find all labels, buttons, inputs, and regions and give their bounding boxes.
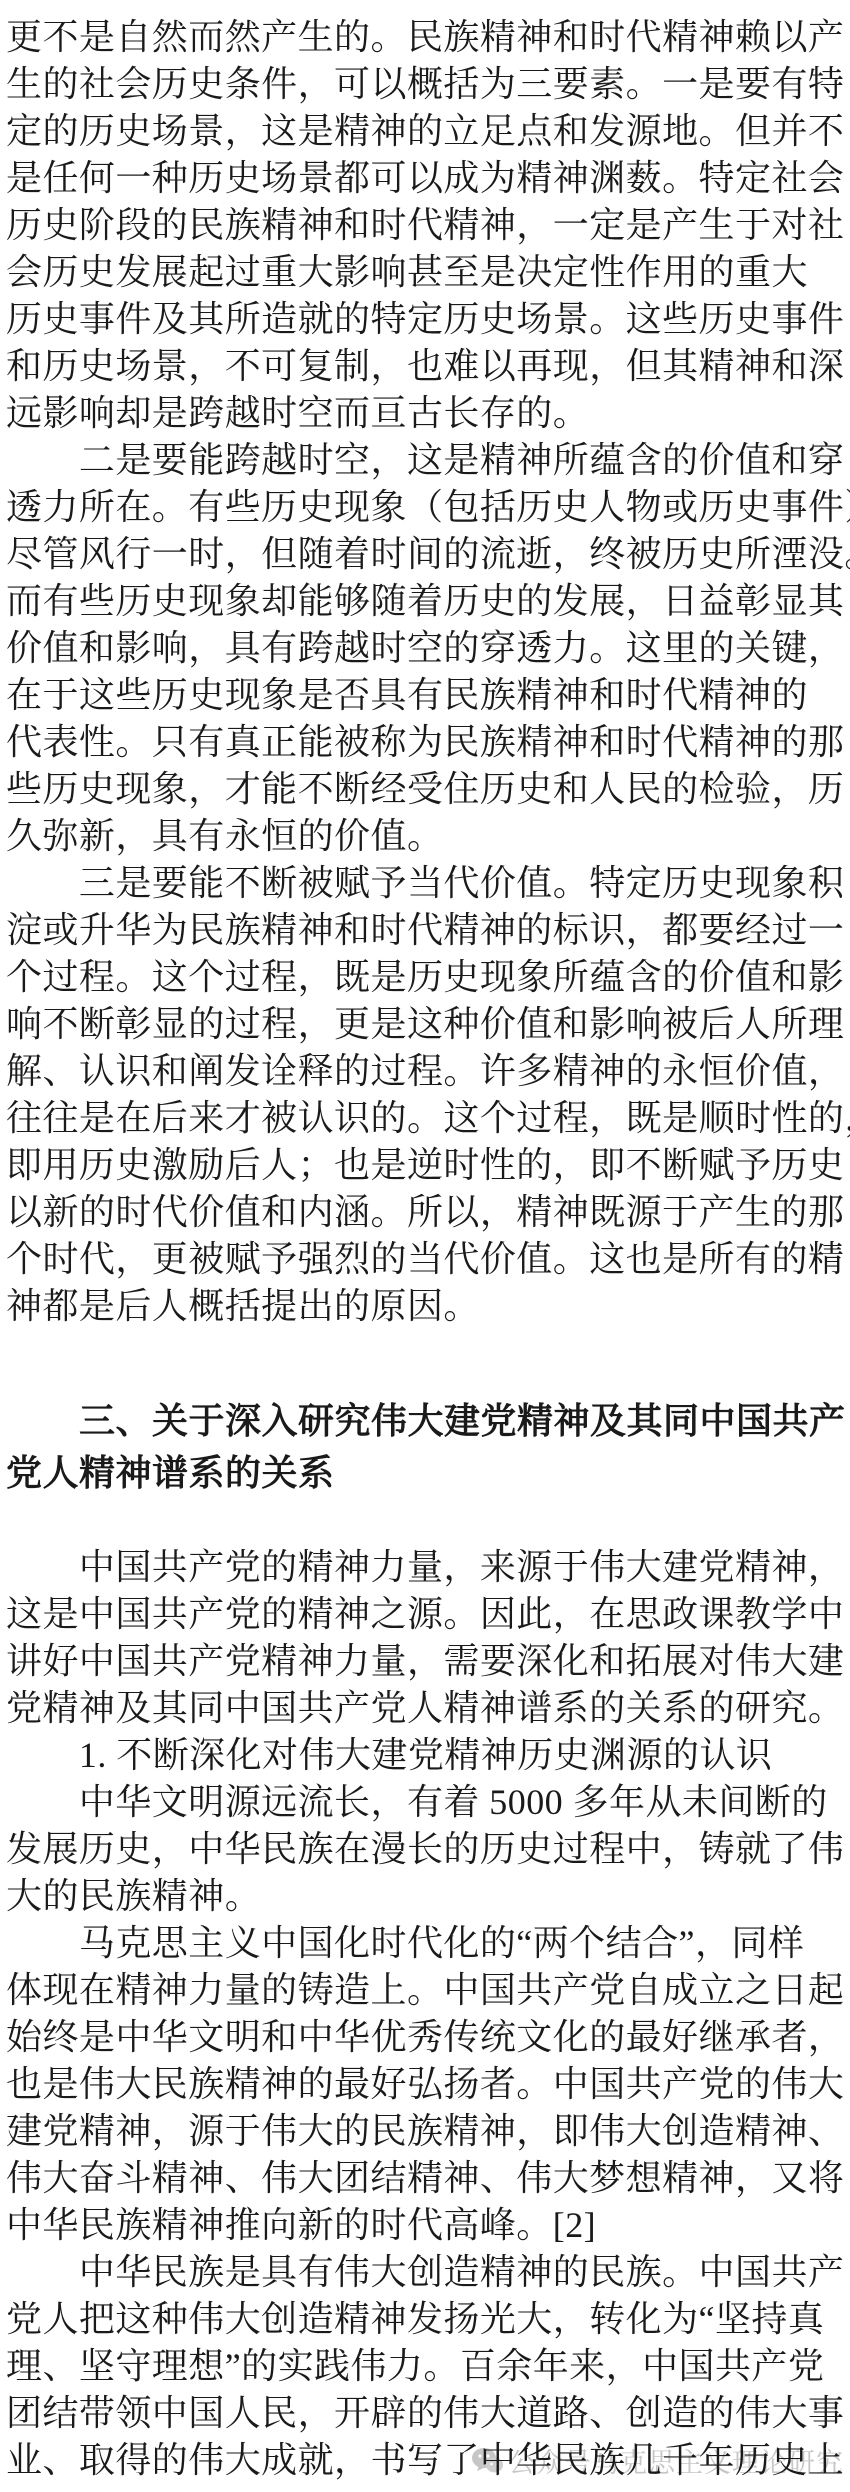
text-line: 响不断彰显的过程，更是这种价值和影响被后人所理 [6,1001,844,1048]
text-line: 二是要能跨越时空，这是精神所蕴含的价值和穿 [6,437,844,484]
text-line: 在于这些历史现象是否具有民族精神和时代精神的 [6,672,844,719]
paragraph-continuation: 更不是自然而然产生的。民族精神和时代精神赖以产生的社会历史条件，可以概括为三要素… [6,14,844,437]
text-line: 往往是在后来才被认识的。这个过程，既是顺时性的， [6,1095,844,1142]
text-line: 价值和影响，具有跨越时空的穿透力。这里的关键， [6,625,844,672]
text-line: 即用历史激励后人；也是逆时性的，即不断赋予历史 [6,1142,844,1189]
text-line: 三是要能不断被赋予当代价值。特定历史现象积 [6,860,844,907]
text-line: 定的历史场景，这是精神的立足点和发源地。但并不 [6,108,844,155]
paragraph-third-point: 三是要能不断被赋予当代价值。特定历史现象积淀或升华为民族精神和时代精神的标识，都… [6,860,844,1330]
text-line: 而有些历史现象却能够随着历史的发展，日益彰显其 [6,578,844,625]
paragraph-two-combines: 马克思主义中国化时代化的“两个结合”，同样体现在精神力量的铸造上。中国共产党自成… [6,1920,844,2249]
text-line: 生的社会历史条件，可以概括为三要素。一是要有特 [6,61,844,108]
text-line: 淀或升华为民族精神和时代精神的标识，都要经过一 [6,907,844,954]
text-line: 会历史发展起过重大影响甚至是决定性作用的重大 [6,249,844,296]
text-line: 三、关于深入研究伟大建党精神及其同中国共产 [6,1395,844,1447]
text-line: 也是伟大民族精神的最好弘扬者。中国共产党的伟大 [6,2061,844,2108]
text-line: 党人把这种伟大创造精神发扬光大，转化为“坚持真 [6,2296,844,2343]
text-line: 伟大奋斗精神、伟大团结精神、伟大梦想精神，又将 [6,2155,844,2202]
text-line: 久弥新，具有永恒的价值。 [6,813,844,860]
text-line: 中华文明源远流长，有着 5000 多年从未间断的 [6,1779,844,1826]
section-heading: 三、关于深入研究伟大建党精神及其同中国共产党人精神谱系的关系 [6,1395,844,1499]
text-line: 讲好中国共产党精神力量，需要深化和拓展对伟大建 [6,1638,844,1685]
text-line: 代表性。只有真正能被称为民族精神和时代精神的那 [6,719,844,766]
text-line: 中国共产党的精神力量，来源于伟大建党精神， [6,1544,844,1591]
text-line: 党精神及其同中国共产党人精神谱系的关系的研究。 [6,1685,844,1732]
text-line: 1. 不断深化对伟大建党精神历史渊源的认识 [6,1732,844,1779]
text-line: 马克思主义中国化时代化的“两个结合”，同样 [6,1920,844,1967]
text-line: 解、认识和阐发诠释的过程。许多精神的永恒价值， [6,1048,844,1095]
text-line: 大的民族精神。 [6,1873,844,1920]
text-line: 中华民族是具有伟大创造精神的民族。中国共产 [6,2249,844,2296]
text-line: 团结带领中国人民，开辟的伟大道路、创造的伟大事 [6,2390,844,2437]
text-line: 些历史现象，才能不断经受住历史和人民的检验，历 [6,766,844,813]
text-line: 业、取得的伟大成就，书写了中华民族几千年历史上 [6,2437,844,2484]
paragraph-section-intro: 中国共产党的精神力量，来源于伟大建党精神，这是中国共产党的精神之源。因此，在思政… [6,1544,844,1732]
text-line: 发展历史，中华民族在漫长的历史过程中，铸就了伟 [6,1826,844,1873]
text-line: 尽管风行一时，但随着时间的流逝，终被历史所湮没。 [6,531,844,578]
text-line: 个时代，更被赋予强烈的当代价值。这也是所有的精 [6,1236,844,1283]
text-line: 是任何一种历史场景都可以成为精神渊薮。特定社会 [6,155,844,202]
text-line: 透力所在。有些历史现象（包括历史人物或历史事件） [6,484,844,531]
document-content: 更不是自然而然产生的。民族精神和时代精神赖以产生的社会历史条件，可以概括为三要素… [0,0,850,2484]
text-line: 历史事件及其所造就的特定历史场景。这些历史事件 [6,296,844,343]
paragraph-civilization: 中华文明源远流长，有着 5000 多年从未间断的发展历史，中华民族在漫长的历史过… [6,1779,844,1920]
text-line: 和历史场景，不可复制，也难以再现，但其精神和深 [6,343,844,390]
text-line: 远影响却是跨越时空而亘古长存的。 [6,390,844,437]
text-line: 以新的时代价值和内涵。所以，精神既源于产生的那 [6,1189,844,1236]
text-line: 党人精神谱系的关系 [6,1447,844,1499]
text-line: 理、坚守理想”的实践伟力。百余年来，中国共产党 [6,2343,844,2390]
subheading-point-1: 1. 不断深化对伟大建党精神历史渊源的认识 [6,1732,844,1779]
text-line: 神都是后人概括提出的原因。 [6,1283,844,1330]
text-line: 这是中国共产党的精神之源。因此，在思政课教学中 [6,1591,844,1638]
text-line: 历史阶段的民族精神和时代精神，一定是产生于对社 [6,202,844,249]
paragraph-second-point: 二是要能跨越时空，这是精神所蕴含的价值和穿透力所在。有些历史现象（包括历史人物或… [6,437,844,860]
text-line: 体现在精神力量的铸造上。中国共产党自成立之日起 [6,1967,844,2014]
paragraph-creative-spirit: 中华民族是具有伟大创造精神的民族。中国共产党人把这种伟大创造精神发扬光大，转化为… [6,2249,844,2484]
text-line: 中华民族精神推向新的时代高峰。[2] [6,2202,844,2249]
text-line: 始终是中华文明和中华优秀传统文化的最好继承者， [6,2014,844,2061]
text-line: 个过程。这个过程，既是历史现象所蕴含的价值和影 [6,954,844,1001]
text-line: 更不是自然而然产生的。民族精神和时代精神赖以产 [6,14,844,61]
document-page: 公众号马克思主义理论研究 更不是自然而然产生的。民族精神和时代精神赖以产生的社会… [0,0,850,2492]
text-line: 建党精神，源于伟大的民族精神，即伟大创造精神、 [6,2108,844,2155]
